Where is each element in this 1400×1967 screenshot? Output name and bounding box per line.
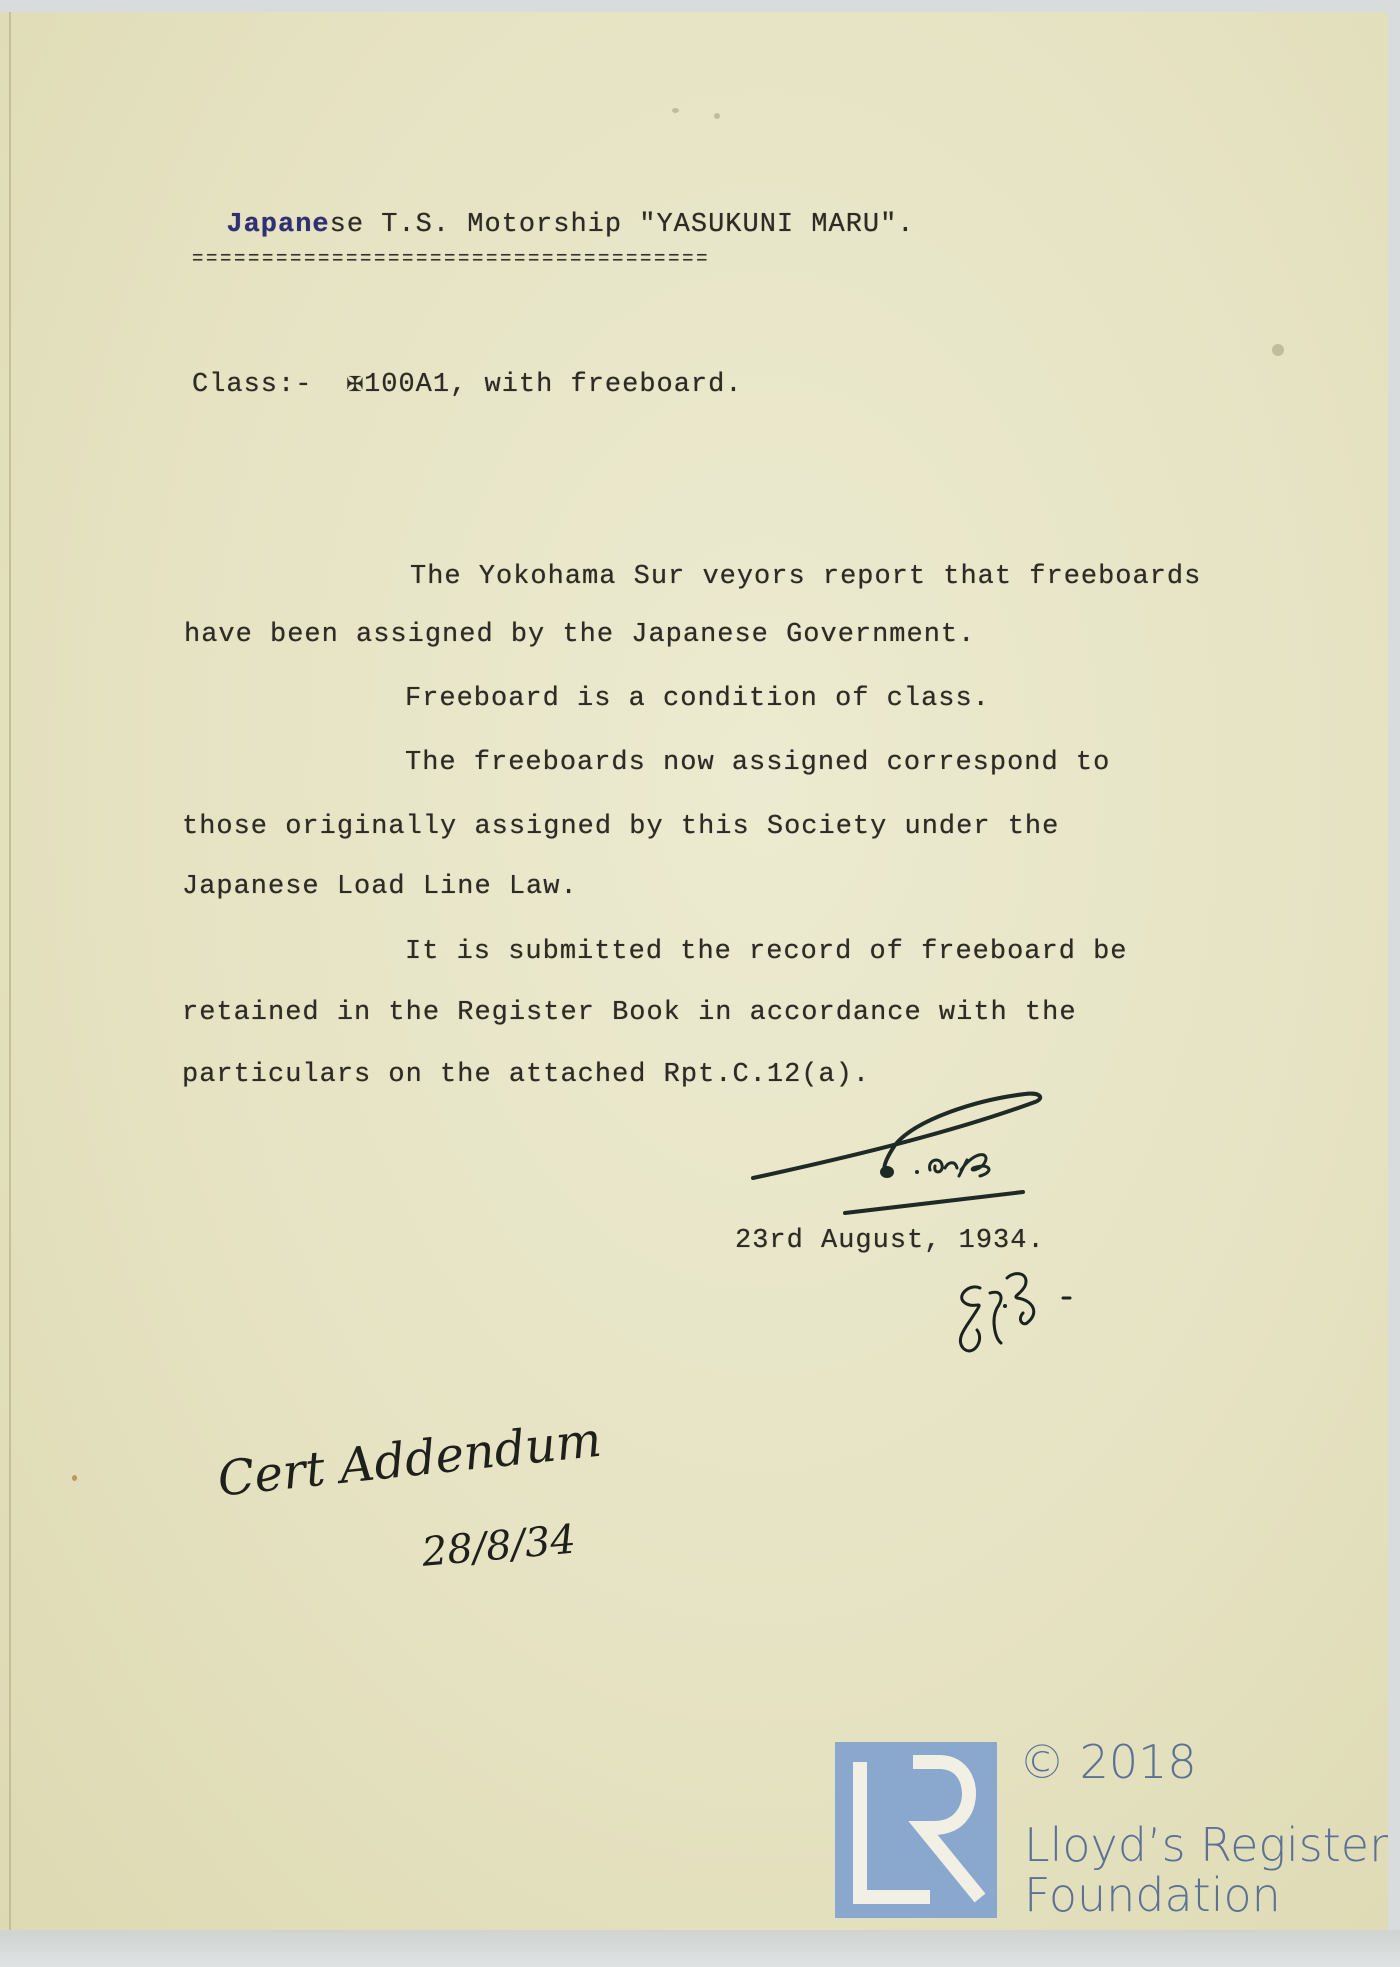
paragraph-3-line-2: those originally assigned by this Societ…	[182, 812, 1059, 842]
class-line: Class:- ✠100A1, with freeboard.	[192, 367, 743, 400]
paper-speck	[672, 108, 679, 113]
paragraph-3-line-1: The freeboards now assigned correspond t…	[405, 748, 1110, 778]
heading-text: se T.S. Motorship "YASUKUNI MARU".	[330, 210, 915, 240]
lr-logo	[835, 1742, 997, 1918]
scan-background	[0, 1930, 1400, 1967]
document-date: 23rd August, 1934.	[735, 1226, 1045, 1256]
org-name-line-1: Lloyd’s Register	[1024, 1818, 1388, 1872]
paper-speck	[1272, 344, 1284, 356]
paragraph-1-line-1: The Yokohama Sur veyors report that free…	[410, 562, 1201, 592]
page-fold-edge	[9, 12, 11, 1935]
copyright-text: © 2018	[1019, 1735, 1197, 1789]
lr-letters-icon	[835, 1742, 997, 1918]
paper-speck	[714, 113, 720, 119]
document-page	[0, 12, 1388, 1935]
paragraph-1-line-2: have been assigned by the Japanese Gover…	[184, 620, 975, 650]
paragraph-2-line-1: Freeboard is a condition of class.	[405, 684, 990, 714]
org-name-line-2: Foundation	[1024, 1868, 1281, 1922]
signature-icon	[745, 1090, 1045, 1210]
initials-icon	[945, 1268, 1095, 1368]
heading-blue-text: Japane	[226, 210, 329, 240]
paragraph-4-line-3: particulars on the attached Rpt.C.12(a).	[182, 1060, 870, 1090]
paragraph-4-line-1: It is submitted the record of freeboard …	[405, 937, 1128, 967]
paragraph-4-line-2: retained in the Register Book in accorda…	[182, 998, 1077, 1028]
paper-speck	[72, 1475, 77, 1481]
paragraph-3-line-3: Japanese Load Line Law.	[182, 872, 578, 902]
document-heading: Japanese T.S. Motorship "YASUKUNI MARU".	[192, 180, 915, 240]
heading-underline: =====================================	[192, 248, 710, 270]
